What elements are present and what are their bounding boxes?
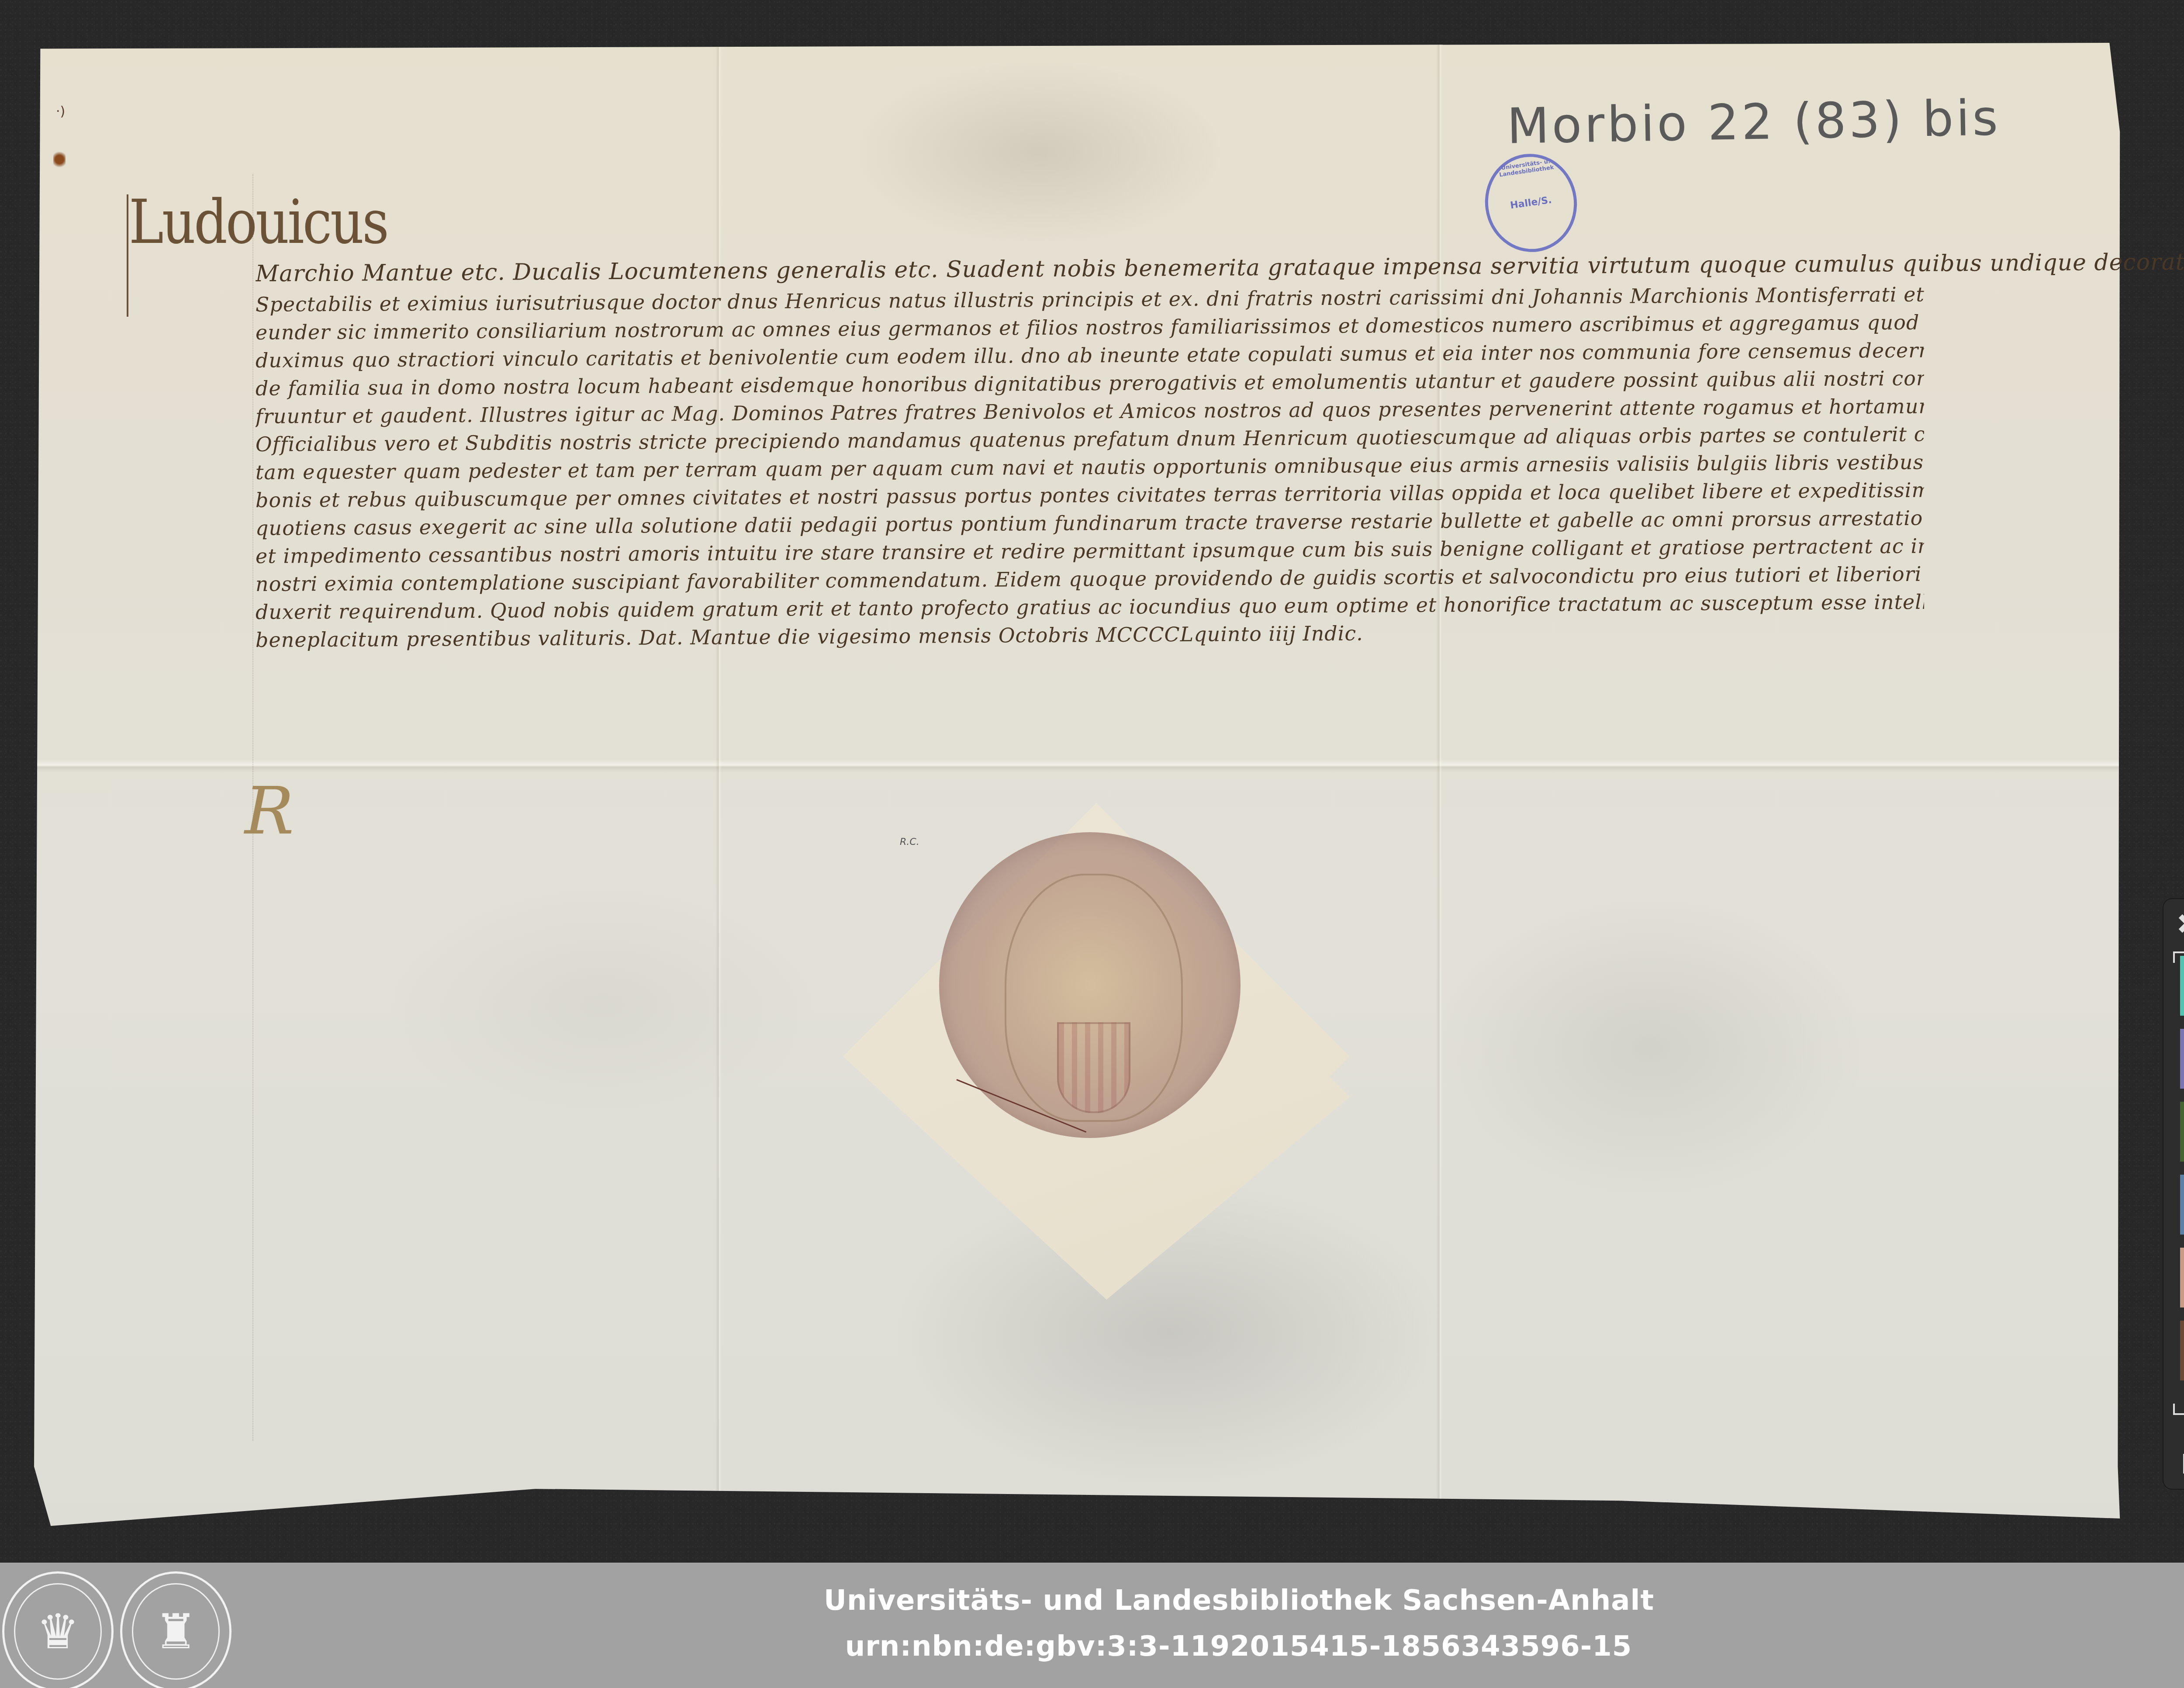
margin-mark: ·): [56, 104, 65, 119]
color-patch: [2180, 1321, 2184, 1380]
color-patch: [2180, 1029, 2184, 1089]
color-checker-card: x·rite color checker CLASSIC + mm: [2163, 899, 2184, 1489]
wax-stain: [53, 151, 66, 168]
corner-mark-icon: [2173, 1404, 2184, 1415]
seal-coat-of-arms-icon: [1057, 1022, 1130, 1113]
archival-shelfmark: Morbio 22 (83) bis: [1507, 90, 2001, 155]
xrite-brand: x·rite: [2179, 912, 2184, 934]
xrite-logo-icon: [2179, 914, 2184, 933]
registration-mark: R: [245, 773, 294, 849]
color-patch: [2180, 1175, 2184, 1235]
urn-identifier: urn:nbn:de:gbv:3:3-1192015415-1856343596…: [0, 1630, 2184, 1663]
footer-bar: ♛ ♜ Universitäts- und Landesbibliothek S…: [0, 1563, 2184, 1688]
color-patch: [2180, 956, 2184, 1016]
horizontal-fold-line: [34, 759, 2122, 772]
initial-ascender: [127, 194, 128, 317]
color-patch: [2180, 1102, 2184, 1162]
color-patch: [2180, 1248, 2184, 1308]
stamp-ring: Universitäts- u. Landesbibliothek: [1485, 154, 1577, 252]
institution-name: Universitäts- und Landesbibliothek Sachs…: [0, 1584, 2184, 1617]
color-patch-grid: [2180, 956, 2184, 1380]
small-annotation: R.C.: [900, 837, 919, 847]
decorated-initial: Ludouicus: [129, 188, 387, 258]
